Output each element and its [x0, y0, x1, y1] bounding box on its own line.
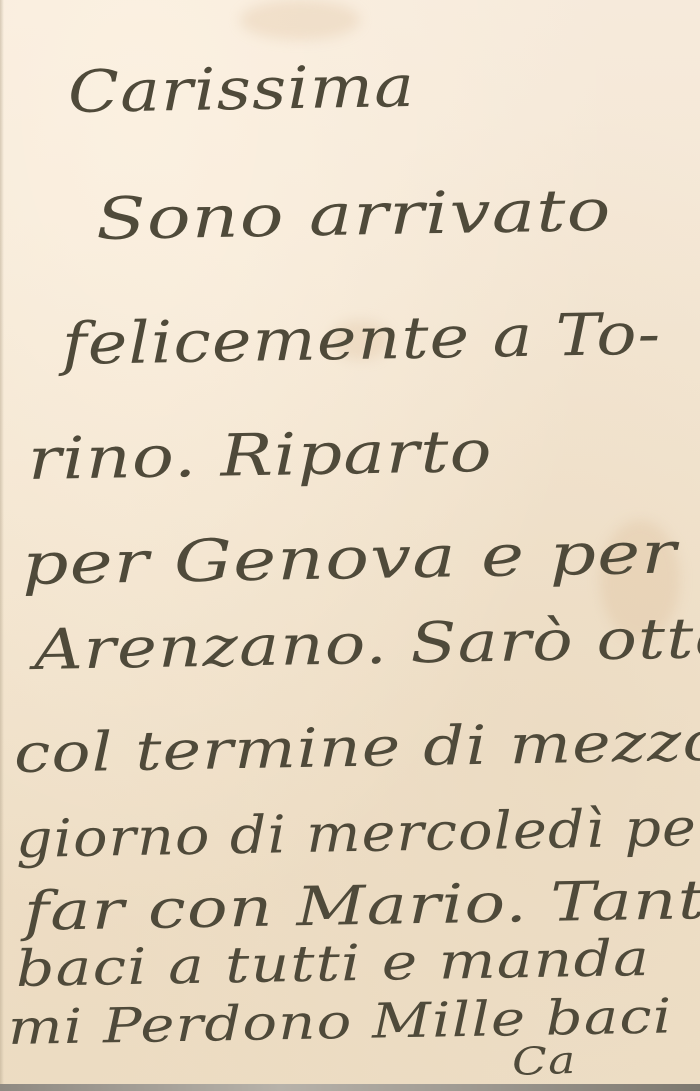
- paper-edge: [0, 0, 4, 1084]
- letter-page: Carissima Sono arrivato felicemente a To…: [0, 0, 700, 1084]
- paper-stain: [240, 0, 360, 40]
- letter-line: rino. Riparto: [27, 417, 493, 493]
- letter-line: Sono arrivato: [95, 176, 612, 253]
- letter-line: per Genova e per: [21, 519, 677, 598]
- letter-signature: Ca: [511, 1038, 577, 1084]
- letter-salutation: Carissima: [67, 52, 415, 126]
- letter-line: Arenzano. Sarò otto: [33, 606, 700, 683]
- scan-border: [0, 1084, 700, 1091]
- letter-line: baci a tutti e manda: [15, 929, 650, 998]
- letter-line: giorno di mercoledì per: [15, 798, 700, 870]
- letter-line: col termine di mezzo: [13, 710, 700, 785]
- letter-line: felicemente a To-: [61, 300, 661, 378]
